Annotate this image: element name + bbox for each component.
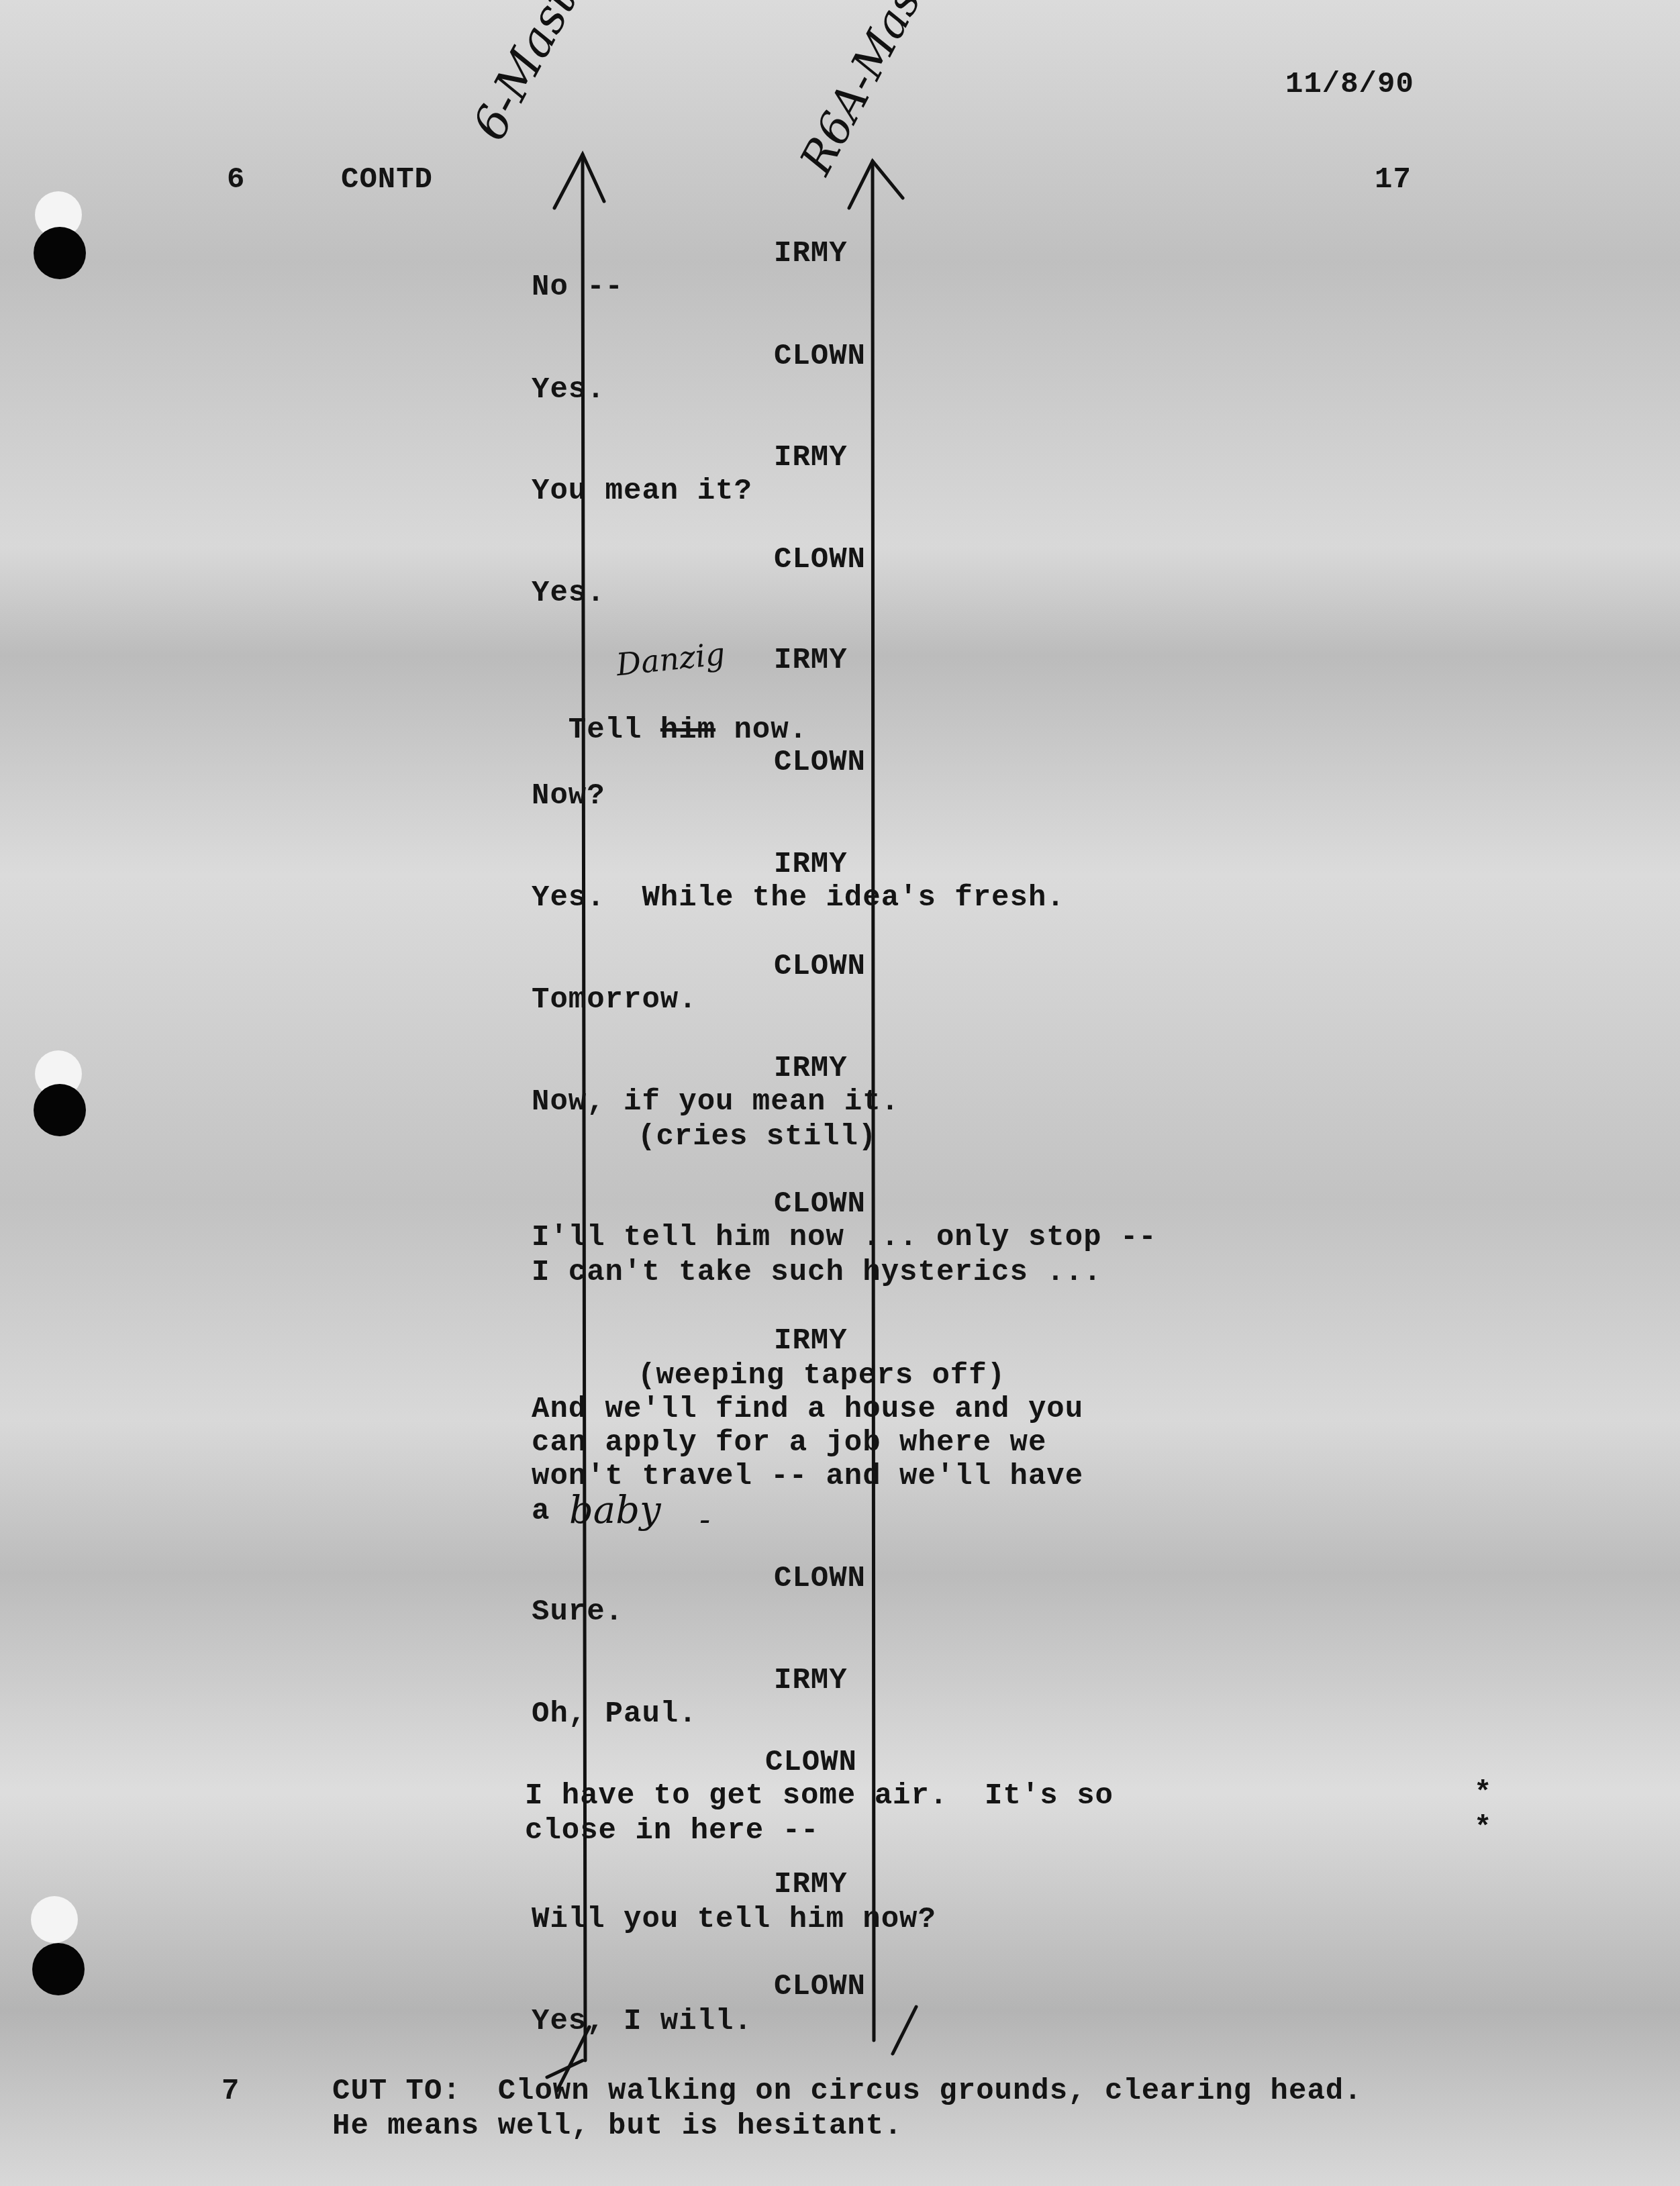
dialogue-line: Oh, Paul.	[532, 1697, 697, 1732]
dialogue-line: I have to get some air. It's so	[525, 1779, 1114, 1814]
dialogue-line: Now?	[532, 779, 605, 813]
dialogue-line: I can't take such hysterics ...	[532, 1255, 1102, 1290]
dialogue-text: Tell	[569, 713, 642, 747]
parenthetical: (weeping tapers off)	[638, 1358, 1005, 1393]
left-arrowhead-icon	[554, 154, 604, 208]
revision-mark: *	[1474, 1776, 1492, 1811]
character-cue: CLOWN	[774, 949, 866, 984]
character-cue: IRMY	[774, 1663, 848, 1698]
character-cue: CLOWN	[774, 542, 866, 577]
dialogue-line: Sure.	[532, 1595, 624, 1630]
dialogue-line: You mean it?	[532, 474, 752, 509]
character-cue: CLOWN	[765, 1745, 857, 1780]
dialogue-line: Yes.	[532, 372, 605, 407]
handwritten-word: baby	[569, 1489, 661, 1532]
dialogue-line: And we'll find a house and you	[532, 1392, 1083, 1427]
character-cue: CLOWN	[774, 1561, 866, 1596]
parenthetical: (cries still)	[638, 1120, 877, 1154]
character-cue: CLOWN	[774, 745, 866, 780]
dialogue-line: Now, if you mean it.	[532, 1085, 899, 1120]
action-line: CUT TO: Clown walking on circus grounds,…	[332, 2074, 1363, 2109]
dialogue-line: Yes.	[532, 576, 605, 611]
dialogue-line: can apply for a job where we	[532, 1426, 1046, 1460]
dialogue-line: close in here --	[525, 1814, 819, 1848]
right-line-end-tick	[893, 2007, 916, 2054]
right-arrowhead-icon	[849, 161, 903, 208]
character-cue: IRMY	[774, 1867, 848, 1902]
next-scene-number: 7	[221, 2074, 240, 2109]
character-cue: CLOWN	[774, 339, 866, 374]
action-line: He means well, but is hesitant.	[332, 2109, 903, 2144]
character-cue: IRMY	[774, 1051, 848, 1086]
dialogue-line: I'll tell him now ... only stop --	[532, 1220, 1157, 1255]
dialogue-text: now.	[734, 713, 807, 747]
dialogue-line: Tomorrow.	[532, 983, 697, 1017]
handwritten-dash: -	[699, 1501, 710, 1538]
revision-mark: *	[1474, 1811, 1492, 1846]
dialogue-line: Tell him now.	[532, 678, 807, 748]
struck-word: him	[660, 713, 715, 747]
character-cue: CLOWN	[774, 1969, 866, 2004]
character-cue: IRMY	[774, 1324, 848, 1358]
dialogue-line: Yes. While the idea's fresh.	[532, 881, 1065, 915]
dialogue-line: Yes, I will.	[532, 2004, 752, 2039]
character-cue: CLOWN	[774, 1187, 866, 1222]
dialogue-line: Will you tell him now?	[532, 1902, 936, 1937]
character-cue: IRMY	[774, 643, 848, 678]
character-cue: IRMY	[774, 440, 848, 475]
character-cue: IRMY	[774, 236, 848, 271]
dialogue-line: No --	[532, 270, 624, 305]
dialogue-line: a	[532, 1494, 550, 1529]
character-cue: IRMY	[774, 847, 848, 882]
